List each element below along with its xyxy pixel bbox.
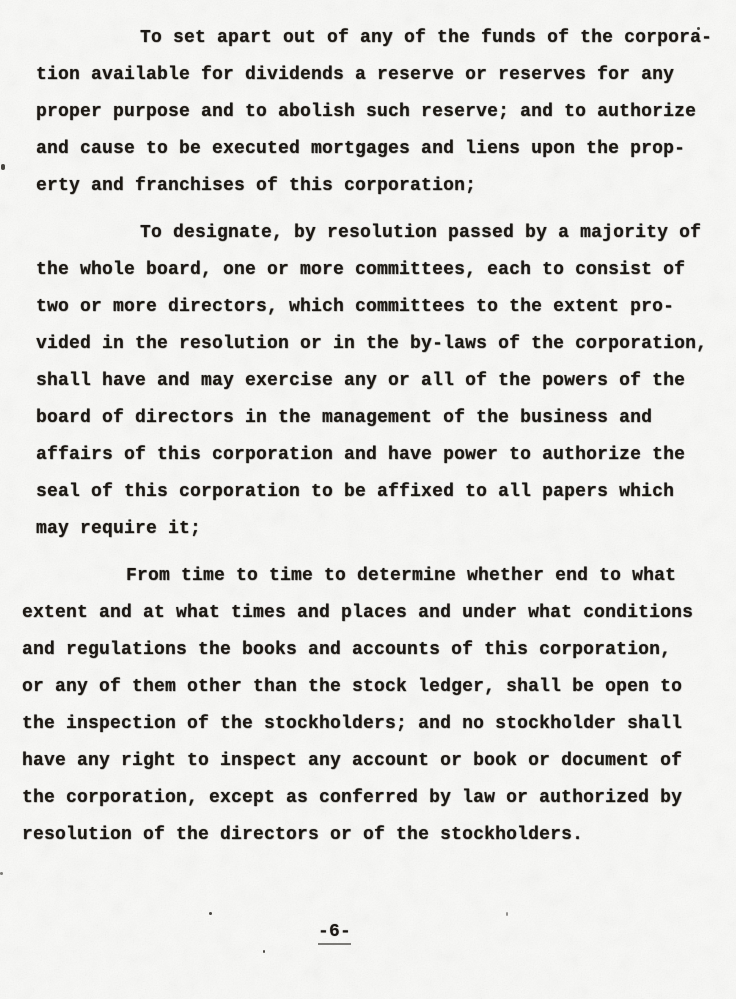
text-line: From time to time to determine whether e… bbox=[22, 558, 708, 595]
ink-speck bbox=[209, 912, 212, 915]
text-line: and cause to be executed mortgages and l… bbox=[36, 131, 708, 168]
text-line: seal of this corporation to be affixed t… bbox=[36, 474, 708, 511]
text-line: the inspection of the stockholders; and … bbox=[22, 706, 708, 743]
ink-speck bbox=[0, 872, 3, 875]
text-line: and regulations the books and accounts o… bbox=[22, 632, 708, 669]
scanned-document-page: To set apart out of any of the funds of … bbox=[0, 0, 736, 999]
text-line: vided in the resolution or in the by-law… bbox=[36, 326, 708, 363]
text-line: To designate, by resolution passed by a … bbox=[36, 215, 708, 252]
text-line: proper purpose and to abolish such reser… bbox=[36, 94, 708, 131]
text-line: resolution of the directors or of the st… bbox=[22, 817, 708, 854]
text-line: two or more directors, which committees … bbox=[36, 289, 708, 326]
page-number: -6- bbox=[318, 922, 351, 945]
paragraph-books-inspection: From time to time to determine whether e… bbox=[22, 558, 708, 854]
text-line: shall have and may exercise any or all o… bbox=[36, 363, 708, 400]
text-line: the whole board, one or more committees,… bbox=[36, 252, 708, 289]
text-line: erty and franchises of this corporation; bbox=[36, 168, 708, 205]
document-body: To set apart out of any of the funds of … bbox=[0, 20, 736, 864]
ink-speck bbox=[506, 912, 508, 916]
paragraph-set-apart-funds: To set apart out of any of the funds of … bbox=[36, 20, 708, 205]
paragraph-designate-committees: To designate, by resolution passed by a … bbox=[36, 215, 708, 548]
text-line: To set apart out of any of the funds of … bbox=[36, 20, 708, 57]
text-line: board of directors in the management of … bbox=[36, 400, 708, 437]
text-line: or any of them other than the stock ledg… bbox=[22, 669, 708, 706]
text-line: have any right to inspect any account or… bbox=[22, 743, 708, 780]
text-line: the corporation, except as conferred by … bbox=[22, 780, 708, 817]
text-line: may require it; bbox=[36, 511, 708, 548]
text-line: extent and at what times and places and … bbox=[22, 595, 708, 632]
text-line: tion available for dividends a reserve o… bbox=[36, 57, 708, 94]
ink-speck bbox=[263, 950, 265, 953]
text-line: affairs of this corporation and have pow… bbox=[36, 437, 708, 474]
